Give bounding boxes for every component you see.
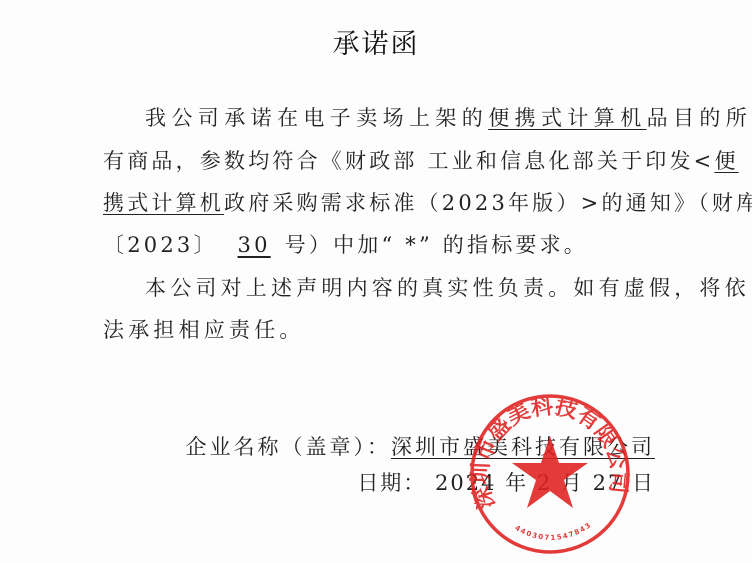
document-title: 承诺函	[0, 22, 752, 61]
paragraph1-line3: 携式计算机政府采购需求标准（2023年版）>的通知》（财库	[103, 187, 752, 217]
product-category: 便携式计算机	[488, 106, 646, 130]
date-year: 2024	[435, 471, 496, 495]
text: 日	[632, 471, 655, 495]
text: 政府采购需求标准（2023年版）>的通知》（财库	[224, 191, 752, 215]
paragraph2-line1: 本公司对上述声明内容的真实性负责。如有虚假，将依	[145, 272, 750, 302]
text: 年	[505, 471, 528, 495]
text: 月	[561, 471, 584, 495]
paragraph1-line1: 我公司承诺在电子卖场上架的便携式计算机品目的所	[145, 102, 752, 132]
company-label: 企业名称（盖章）：	[186, 435, 392, 459]
text: 〔2023〕	[103, 233, 218, 257]
date-line: 日期： 2024 年 2 月 27 日	[357, 467, 655, 497]
text: 我公司承诺在电子卖场上架的	[145, 106, 488, 130]
document-page: 承诺函 我公司承诺在电子卖场上架的便携式计算机品目的所 有商品，参数均符合《财政…	[0, 0, 752, 563]
date-month: 2	[537, 471, 552, 495]
paragraph2-line2: 法承担相应责任。	[103, 314, 305, 344]
document-number-field: 30	[228, 233, 285, 257]
text: 号）中加“ *” 的指标要求。	[285, 233, 588, 257]
company-signature-line: 企业名称（盖章）：深圳市盛美科技有限公司	[186, 431, 656, 461]
paragraph1-line2: 有商品，参数均符合《财政部 工业和信息化部关于印发<便	[103, 145, 739, 175]
product-category-part: 携式计算机	[103, 191, 224, 215]
product-category-part: 便	[714, 149, 738, 173]
date-label: 日期：	[357, 471, 426, 495]
text: 有商品，参数均符合《财政部 工业和信息化部关于印发<	[103, 149, 714, 173]
seal-code: 4403071547843	[513, 521, 593, 542]
company-name: 深圳市盛美科技有限公司	[391, 435, 655, 459]
paragraph1-line4: 〔2023〕 30号）中加“ *” 的指标要求。	[103, 229, 588, 259]
date-day: 27	[593, 471, 624, 495]
text: 品目的所	[647, 106, 752, 130]
